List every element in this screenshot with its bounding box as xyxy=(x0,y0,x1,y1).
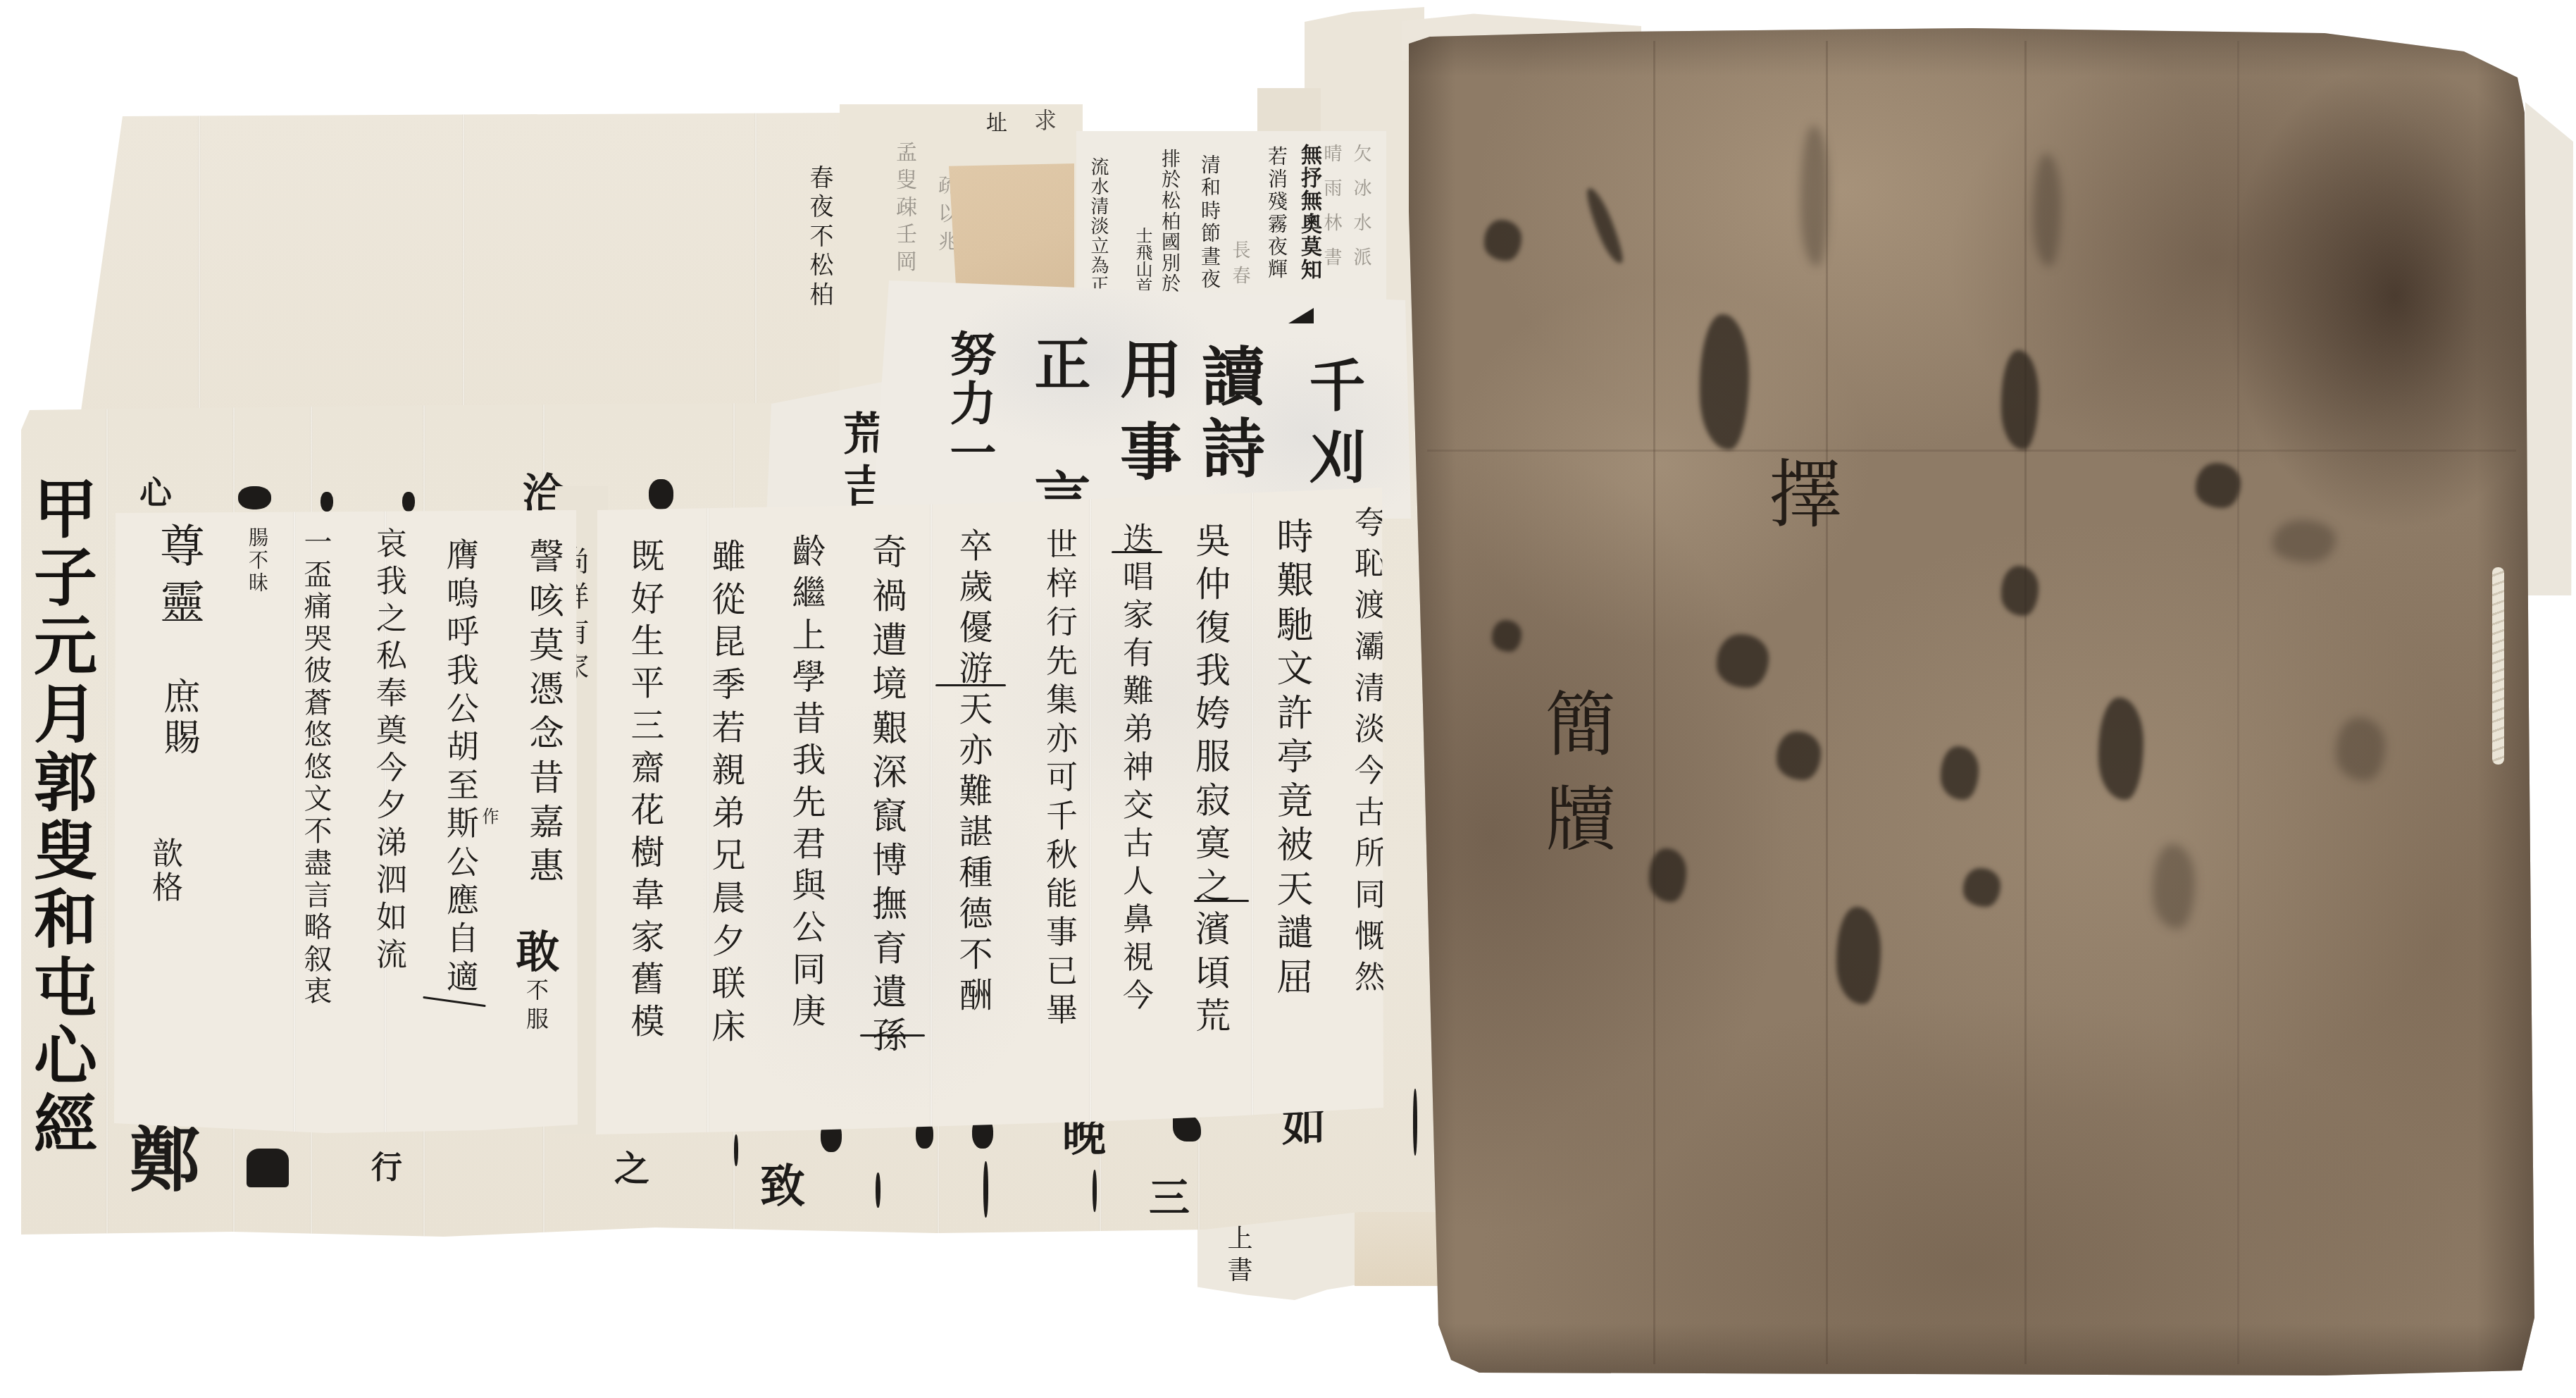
cursive-calligraphy-sheet: 千刈 讀詩 用事 正言 努力一 xyxy=(872,279,1411,519)
elegy-column: 世梓行先集亦可千秋能事已畢 xyxy=(1043,528,1075,1032)
fold-line xyxy=(1251,488,1254,1137)
poem-column: 清和時節晝夜 xyxy=(1200,154,1219,292)
large-calligraphy-column: 甲子元月郭叟和屯心經 xyxy=(28,476,92,1159)
elegy-small-note: 腸不昧 xyxy=(247,527,267,595)
ink-blot xyxy=(1963,868,2001,907)
poem-column: 無抒無奧莫知 xyxy=(1298,144,1319,281)
cover-crease xyxy=(1653,41,1655,1364)
ink-blot xyxy=(2196,463,2241,508)
manuscript-photo: 春夜不松柏 孟叟疎壬岡 疏以兆 址 求 流水清淡立為正 士飛山首 排於松柏國別於… xyxy=(0,0,2576,1398)
cover-crease xyxy=(2237,41,2239,1364)
cursive-column: 讀詩 xyxy=(1196,343,1259,487)
elegy-column: 一盃痛哭彼蒼悠悠文不盡言略叙衷 xyxy=(301,527,330,1008)
ink-blot xyxy=(1941,746,1979,800)
cursive-column: 千刈 xyxy=(1305,356,1361,500)
brush-stroke xyxy=(247,1149,289,1187)
ink-blot xyxy=(1581,185,1627,267)
faded-ink xyxy=(1800,125,1829,266)
poem-column: 流水清淡立為正 xyxy=(1089,157,1107,295)
cursive-column: 用事 xyxy=(1116,338,1178,501)
binding-string xyxy=(2492,567,2504,765)
large-char: 致 xyxy=(760,1164,805,1209)
cover-inscription: 簡牘 xyxy=(1539,687,1610,877)
ink-blot xyxy=(1649,848,1686,902)
poem-column: 若消殘霧夜輝 xyxy=(1267,146,1286,281)
large-char: 之 xyxy=(614,1151,649,1187)
faded-ink xyxy=(2153,844,2195,929)
brush-stroke xyxy=(238,486,271,509)
text-column: 春夜不松柏 xyxy=(807,165,831,311)
elegy-column: 哀我之私奉奠今夕涕泗如流 xyxy=(373,527,404,975)
underline-mark xyxy=(935,684,1006,686)
poem-column-faint: 欠冰水派 xyxy=(1352,144,1370,282)
poem-column-faint: 長春 xyxy=(1231,240,1249,291)
large-char: 鄭 xyxy=(130,1125,200,1195)
elegy-left-sheet: 謦咳莫憑念昔嘉惠 敢 不服 膺嗚呼我公胡至斯公應自適 作 哀我之私奉奠今夕涕泗如… xyxy=(114,510,578,1134)
faint-char: 址 xyxy=(986,113,1007,134)
large-char: 心 xyxy=(139,476,172,509)
poem-column: 排於松柏國別於 xyxy=(1159,149,1178,295)
ink-blot xyxy=(2001,566,2039,616)
fold-line xyxy=(1089,488,1092,1137)
cover-crease xyxy=(2024,41,2027,1364)
elegy-column: 既好生平三齋花樹韋家舊模 xyxy=(628,538,661,1046)
ink-mark xyxy=(1288,308,1314,323)
bound-book-cover: 簡牘 擇 xyxy=(1406,27,2537,1378)
underline-mark xyxy=(423,996,486,1007)
brush-stroke xyxy=(983,1161,988,1218)
brush-stroke xyxy=(321,492,333,512)
ink-blot xyxy=(1717,634,1769,688)
ink-blot xyxy=(1777,731,1821,780)
elegy-main-sheet: 夸恥渡灞清淡今古所同慨然 時艱馳文許亭竟被天譴屈 吳仲復我姱服寂寞之濱頃荒 迭唱… xyxy=(596,488,1383,1137)
underline-mark xyxy=(1194,900,1249,902)
elegy-column: 時艱馳文許亭竟被天譴屈 xyxy=(1273,517,1309,1002)
brush-stroke xyxy=(1413,1089,1417,1156)
ink-blot xyxy=(1484,220,1522,261)
elegy-column: 雖從昆季若親弟兄晨夕联床 xyxy=(709,538,742,1051)
ink-blot xyxy=(1836,907,1881,1004)
poem-column-faint: 晴雨林書 xyxy=(1322,144,1340,282)
brush-stroke xyxy=(402,492,415,512)
cover-crease-horizontal xyxy=(1427,450,2516,452)
underline-mark xyxy=(860,1034,925,1037)
elegy-column: 庶賜 xyxy=(160,677,197,759)
elegy-column: 歆格 xyxy=(149,837,180,905)
faded-ink xyxy=(2272,520,2336,562)
elegy-column: 迭唱家有難弟神交古人鼻視今 xyxy=(1119,522,1150,1017)
elegy-column: 卒歲優游天亦難諶種德不酬 xyxy=(956,528,990,1018)
faint-char: 求 xyxy=(1034,109,1057,132)
elegy-annotation: 作 xyxy=(480,808,497,824)
poem-sheet: 流水清淡立為正 士飛山首 排於松柏國別於 清和時節晝夜 長春 若消殘霧夜輝 無抒… xyxy=(1076,131,1386,307)
brush-stroke xyxy=(734,1134,738,1166)
poem-column: 士飛山首 xyxy=(1134,227,1151,295)
fold-line xyxy=(293,510,296,1134)
cover-crease xyxy=(1826,41,1828,1364)
elegy-column: 齡繼上學昔我先君與公同庚 xyxy=(789,533,823,1034)
elegy-column: 尊靈 xyxy=(156,522,201,635)
ink-blot xyxy=(1492,620,1522,652)
faded-ink xyxy=(2336,717,2385,781)
faint-text-column: 孟叟疎壬岡 xyxy=(893,141,914,277)
elegy-column: 膺嗚呼我公胡至斯公應自適 xyxy=(444,538,477,998)
brush-stroke xyxy=(649,479,673,509)
elegy-column: 吳仲復我姱服寂寞之濱頃荒 xyxy=(1193,522,1228,1040)
underline-mark xyxy=(1112,551,1162,553)
ink-blot xyxy=(2001,350,2039,450)
large-char: 行 xyxy=(371,1153,402,1184)
elegy-column: 夸恥渡灞清淡今古所同慨然 xyxy=(1351,506,1382,1002)
cover-character: 擇 xyxy=(1769,458,1843,532)
elegy-column: 謦咳莫憑念昔嘉惠 xyxy=(526,538,561,891)
elegy-column: 敢 xyxy=(512,929,556,972)
elegy-column: 奇禍遭境艱深竄博撫育遺孫 xyxy=(869,533,904,1061)
ink-blot xyxy=(1700,314,1749,450)
elegy-small-note: 不服 xyxy=(525,978,547,1036)
cursive-column: 努力一 xyxy=(946,330,993,478)
tan-paper-patch xyxy=(949,163,1074,294)
large-char: 三 xyxy=(1149,1177,1190,1218)
faded-ink xyxy=(2033,154,2061,266)
loose-page-right-of-book xyxy=(2525,102,2573,595)
fold-line xyxy=(106,402,108,1240)
ink-blot xyxy=(2098,698,2143,800)
fold-line xyxy=(930,488,933,1137)
brush-stroke xyxy=(876,1173,881,1208)
brush-stroke xyxy=(1093,1170,1097,1212)
